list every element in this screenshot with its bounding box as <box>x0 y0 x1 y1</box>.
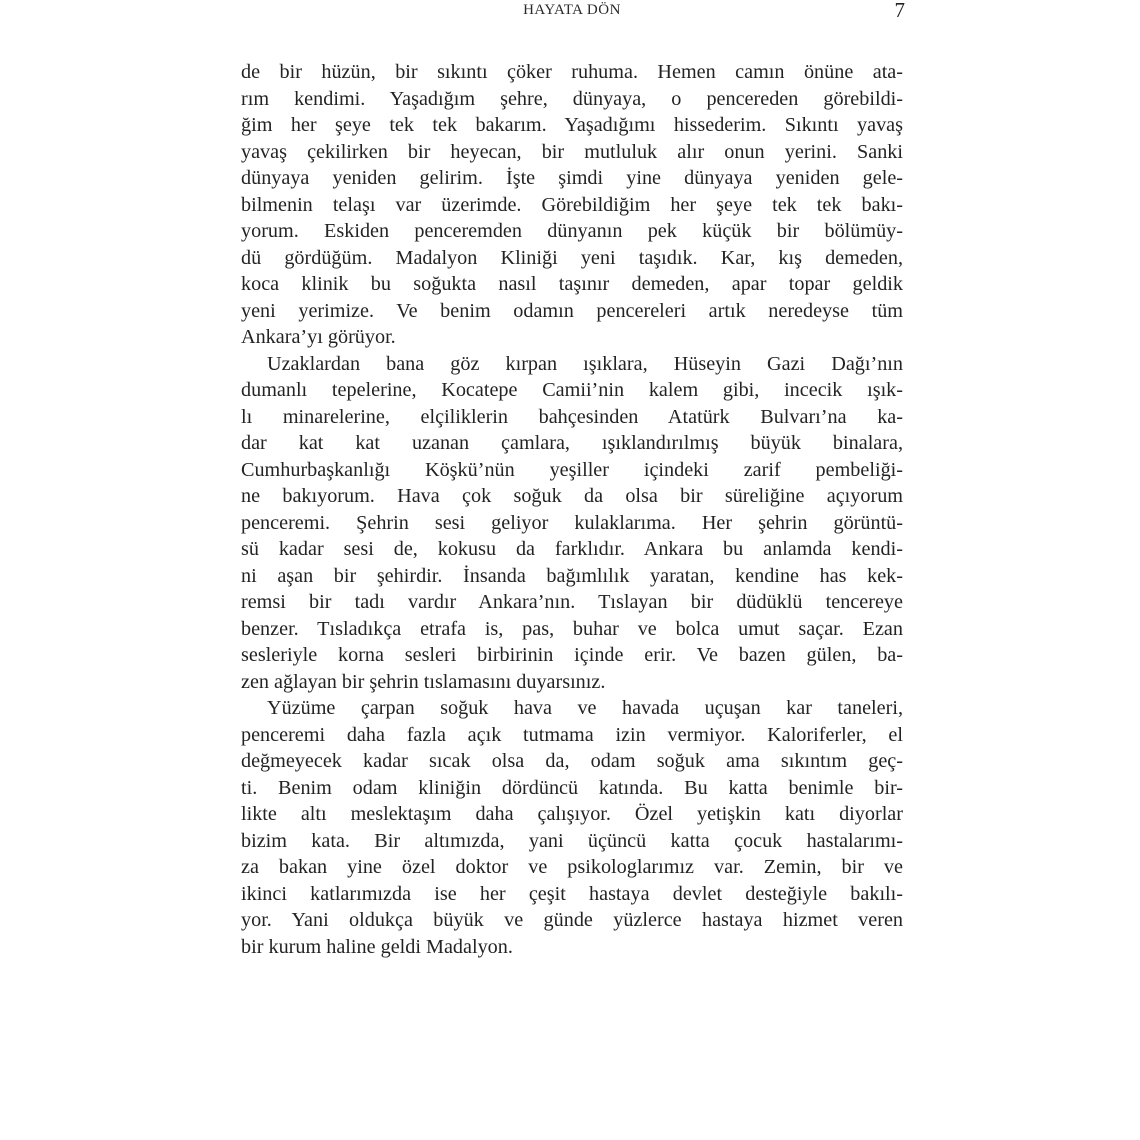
text-line: rım kendimi. Yaşadığım şehre, dünyaya, o… <box>241 86 903 113</box>
text-line: yeni yerimize. Ve benim odamın pencerele… <box>241 298 903 325</box>
text-line: ni aşan bir şehirdir. İnsanda bağımlılık… <box>241 563 903 590</box>
text-line: sü kadar sesi de, kokusu da farklıdır. A… <box>241 536 903 563</box>
text-line: koca klinik bu soğukta nasıl taşınır dem… <box>241 271 903 298</box>
text-line: bir kurum haline geldi Madalyon. <box>241 934 903 961</box>
text-line: ikinci katlarımızda ise her çeşit hastay… <box>241 881 903 908</box>
text-line: Uzaklardan bana göz kırpan ışıklara, Hüs… <box>241 351 903 378</box>
book-page: HAYATA DÖN 7 de bir hüzün, bir sıkıntı ç… <box>0 0 1140 1140</box>
text-line: yorum. Eskiden penceremden dünyanın pek … <box>241 218 903 245</box>
text-line: bizim kata. Bir altımızda, yani üçüncü k… <box>241 828 903 855</box>
text-line: dünyaya yeniden gelirim. İşte şimdi yine… <box>241 165 903 192</box>
text-line: sesleriyle korna sesleri birbirinin için… <box>241 642 903 669</box>
text-line: bilmenin telaşı var üzerimde. Görebildiğ… <box>241 192 903 219</box>
text-line: ti. Benim odam kliniğin dördüncü katında… <box>241 775 903 802</box>
text-line: yavaş çekilirken bir heyecan, bir mutlul… <box>241 139 903 166</box>
text-line: benzer. Tısladıkça etrafa is, pas, buhar… <box>241 616 903 643</box>
text-line: likte altı meslektaşım daha çalışıyor. Ö… <box>241 801 903 828</box>
text-line: dü gördüğüm. Madalyon Kliniği yeni taşıd… <box>241 245 903 272</box>
text-line: değmeyecek kadar sıcak olsa da, odam soğ… <box>241 748 903 775</box>
text-line: ne bakıyorum. Hava çok soğuk da olsa bir… <box>241 483 903 510</box>
page-number: 7 <box>895 0 906 23</box>
text-line: Ankara’yı görüyor. <box>241 324 903 351</box>
text-line: ğim her şeye tek tek bakarım. Yaşadığımı… <box>241 112 903 139</box>
text-line: yor. Yani oldukça büyük ve günde yüzlerc… <box>241 907 903 934</box>
text-line: remsi bir tadı vardır Ankara’nın. Tıslay… <box>241 589 903 616</box>
text-line: de bir hüzün, bir sıkıntı çöker ruhuma. … <box>241 59 903 86</box>
text-line: penceremi daha fazla açık tutmama izin v… <box>241 722 903 749</box>
text-line: Yüzüme çarpan soğuk hava ve havada uçuşa… <box>241 695 903 722</box>
running-head: HAYATA DÖN 7 <box>241 0 903 26</box>
text-line: penceremi. Şehrin sesi geliyor kulakları… <box>241 510 903 537</box>
text-line: Cumhurbaşkanlığı Köşkü’nün yeşiller için… <box>241 457 903 484</box>
text-line: dumanlı tepelerine, Kocatepe Camii’nin k… <box>241 377 903 404</box>
text-line: za bakan yine özel doktor ve psikologlar… <box>241 854 903 881</box>
text-line: zen ağlayan bir şehrin tıslamasını duyar… <box>241 669 903 696</box>
body-text: de bir hüzün, bir sıkıntı çöker ruhuma. … <box>241 59 903 960</box>
text-line: dar kat kat uzanan çamlara, ışıklandırıl… <box>241 430 903 457</box>
text-line: lı minarelerine, elçiliklerin bahçesinde… <box>241 404 903 431</box>
running-title: HAYATA DÖN <box>241 2 903 19</box>
